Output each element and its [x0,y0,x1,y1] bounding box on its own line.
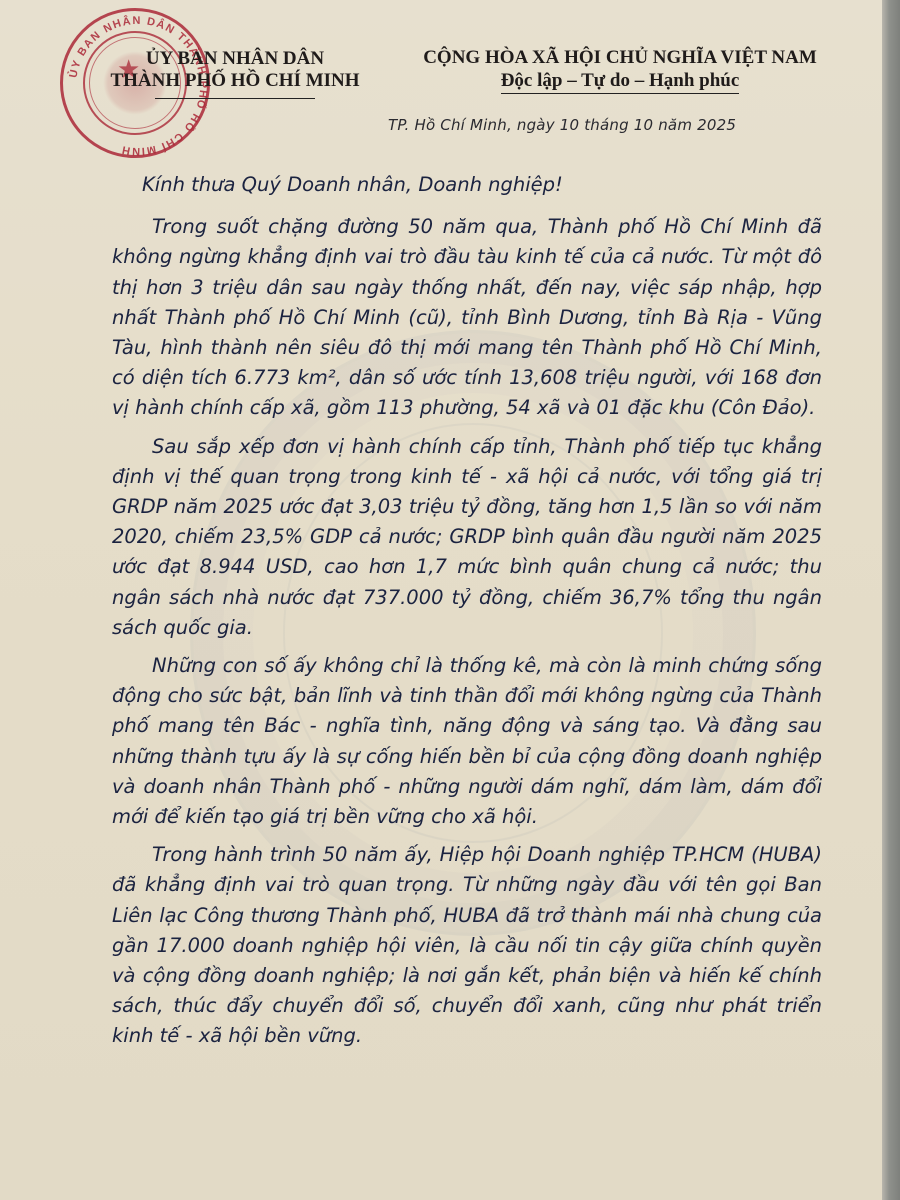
issuer-line-1: ỦY BAN NHÂN DÂN [70,48,400,70]
paragraph-4: Trong hành trình 50 năm ấy, Hiệp hội Doa… [112,840,822,1051]
issuer-header: ỦY BAN NHÂN DÂN THÀNH PHỐ HỒ CHÍ MINH [70,48,400,99]
paragraph-1: Trong suốt chặng đường 50 năm qua, Thành… [112,212,822,423]
issuer-line-2: THÀNH PHỐ HỒ CHÍ MINH [70,70,400,92]
issuer-underline [155,98,315,99]
letter-page: ★ ỦY BAN NHÂN DÂN THÀNH PHỐ HỒ CHÍ MINH … [0,0,882,1200]
page-edge-shadow [882,0,900,1200]
paragraph-2: Sau sắp xếp đơn vị hành chính cấp tỉnh, … [112,432,822,643]
national-header: CỘNG HÒA XÃ HỘI CHỦ NGHĨA VIỆT NAM Độc l… [360,46,880,94]
letter-body: Kính thưa Quý Doanh nhân, Doanh nghiệp! … [112,170,822,1060]
national-motto: Độc lập – Tự do – Hạnh phúc [501,69,740,94]
date-line: TP. Hồ Chí Minh, ngày 10 tháng 10 năm 20… [388,116,736,134]
salutation: Kính thưa Quý Doanh nhân, Doanh nghiệp! [112,170,822,200]
paragraph-3: Những con số ấy không chỉ là thống kê, m… [112,651,822,832]
national-title: CỘNG HÒA XÃ HỘI CHỦ NGHĨA VIỆT NAM [360,46,880,69]
